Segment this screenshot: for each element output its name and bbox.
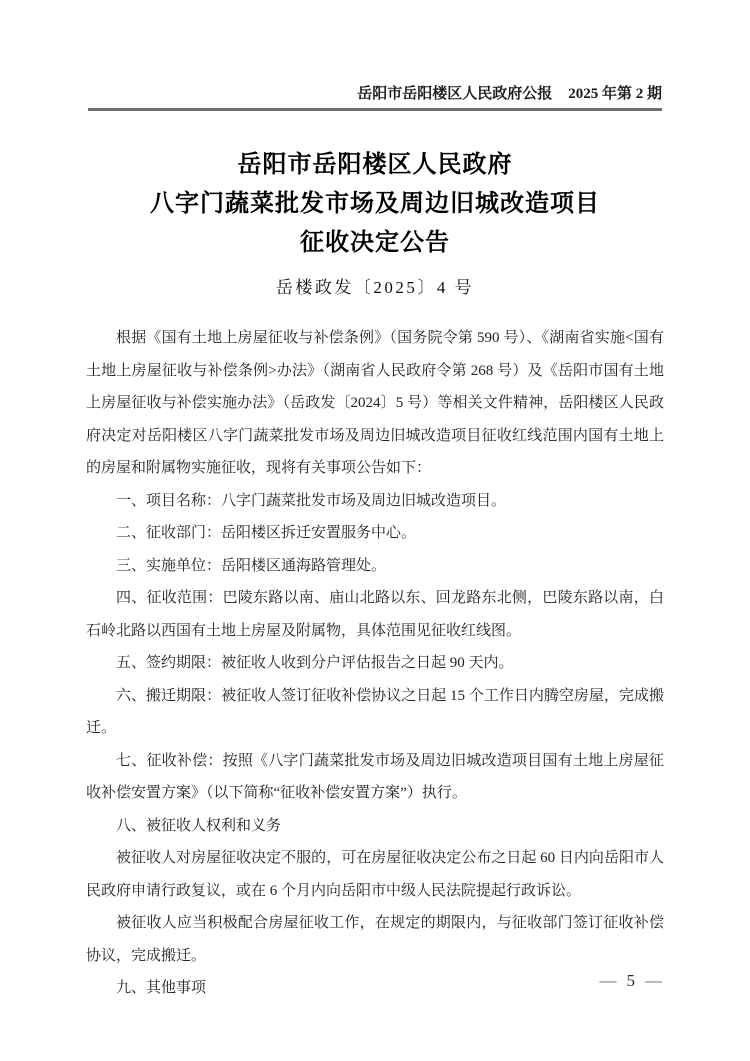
doc-title-line-1: 岳阳市岳阳楼区人民政府 — [0, 146, 750, 185]
paragraph-item-8-heading: 八、被征收人权利和义务 — [86, 810, 664, 843]
page-footer: —5— — [88, 971, 662, 991]
gazette-page: 岳阳市岳阳楼区人民政府公报2025 年第 2 期 岳阳市岳阳楼区人民政府 八字门… — [0, 0, 750, 1061]
paragraph-item-8-text-1: 被征收人对房屋征收决定不服的，可在房屋征收决定公布之日起 60 日内向岳阳市人民… — [86, 842, 664, 907]
page-number: 5 — [627, 971, 636, 990]
footer-dash-left: — — [600, 971, 617, 990]
paragraph-item-7: 七、征收补偿：按照《八字门蔬菜批发市场及周边旧城改造项目国有土地上房屋征收补偿安… — [86, 745, 664, 810]
issue-label: 2025 年第 2 期 — [568, 86, 662, 102]
doc-title-line-2: 八字门蔬菜批发市场及周边旧城改造项目 — [0, 185, 750, 224]
doc-number: 岳楼政发〔2025〕4 号 — [0, 273, 750, 298]
doc-title-block: 岳阳市岳阳楼区人民政府 八字门蔬菜批发市场及周边旧城改造项目 征收决定公告 岳楼… — [0, 146, 750, 298]
paragraph-item-8-text-2: 被征收人应当积极配合房屋征收工作，在规定的期限内，与征收部门签订征收补偿协议，完… — [86, 907, 664, 972]
doc-title-line-3: 征收决定公告 — [0, 224, 750, 263]
paragraph-item-3: 三、实施单位：岳阳楼区通海路管理处。 — [86, 550, 664, 583]
footer-dash-right: — — [645, 971, 662, 990]
paragraph-item-4: 四、征收范围：巴陵东路以南、庙山北路以东、回龙路东北侧，巴陵东路以南，白石岭北路… — [86, 582, 664, 647]
document-body: 根据《国有土地上房屋征收与补偿条例》（国务院令第 590 号）、《湖南省实施<国… — [86, 322, 664, 1005]
journal-title: 岳阳市岳阳楼区人民政府公报 — [357, 86, 552, 102]
paragraph-item-5: 五、签约期限：被征收人收到分户评估报告之日起 90 天内。 — [86, 647, 664, 680]
paragraph-intro: 根据《国有土地上房屋征收与补偿条例》（国务院令第 590 号）、《湖南省实施<国… — [86, 322, 664, 485]
paragraph-item-2: 二、征收部门：岳阳楼区拆迁安置服务中心。 — [86, 517, 664, 550]
paragraph-item-6: 六、搬迁期限：被征收人签订征收补偿协议之日起 15 个工作日内腾空房屋，完成搬迁… — [86, 680, 664, 745]
paragraph-item-1: 一、项目名称：八字门蔬菜批发市场及周边旧城改造项目。 — [86, 485, 664, 518]
running-head: 岳阳市岳阳楼区人民政府公报2025 年第 2 期 — [88, 82, 662, 111]
